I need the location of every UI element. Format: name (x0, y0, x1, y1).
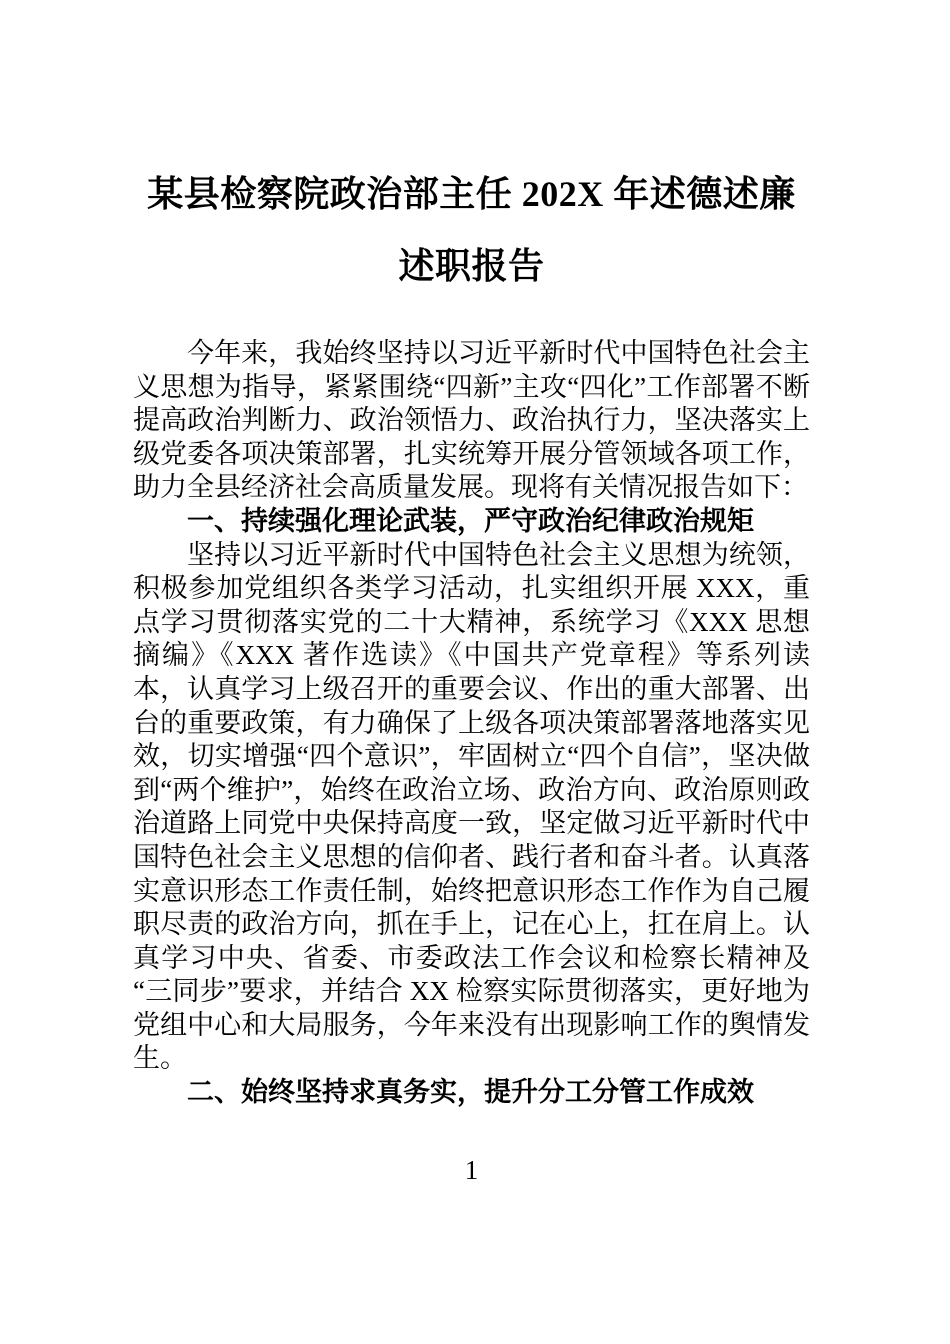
paragraph-section-1: 坚持以习近平新时代中国特色社会主义思想为统领，积极参加党组织各类学习活动，扎实组… (133, 539, 810, 1077)
section-heading-1: 一、持续强化理论武装，严守政治纪律政治规矩 (133, 505, 810, 539)
paragraph-intro: 今年来，我始终坚持以习近平新时代中国特色社会主义思想为指导，紧紧围绕“四新”主攻… (133, 337, 810, 505)
document-page: 某县检察院政治部主任 202X 年述德述廉述职报告 今年来，我始终坚持以习近平新… (0, 0, 950, 1344)
section-heading-2: 二、始终坚持求真务实，提升分工分管工作成效 (133, 1076, 810, 1110)
document-body: 今年来，我始终坚持以习近平新时代中国特色社会主义思想为指导，紧紧围绕“四新”主攻… (133, 337, 810, 1110)
document-title: 某县检察院政治部主任 202X 年述德述廉述职报告 (133, 158, 810, 302)
page-number: 1 (133, 1156, 810, 1184)
